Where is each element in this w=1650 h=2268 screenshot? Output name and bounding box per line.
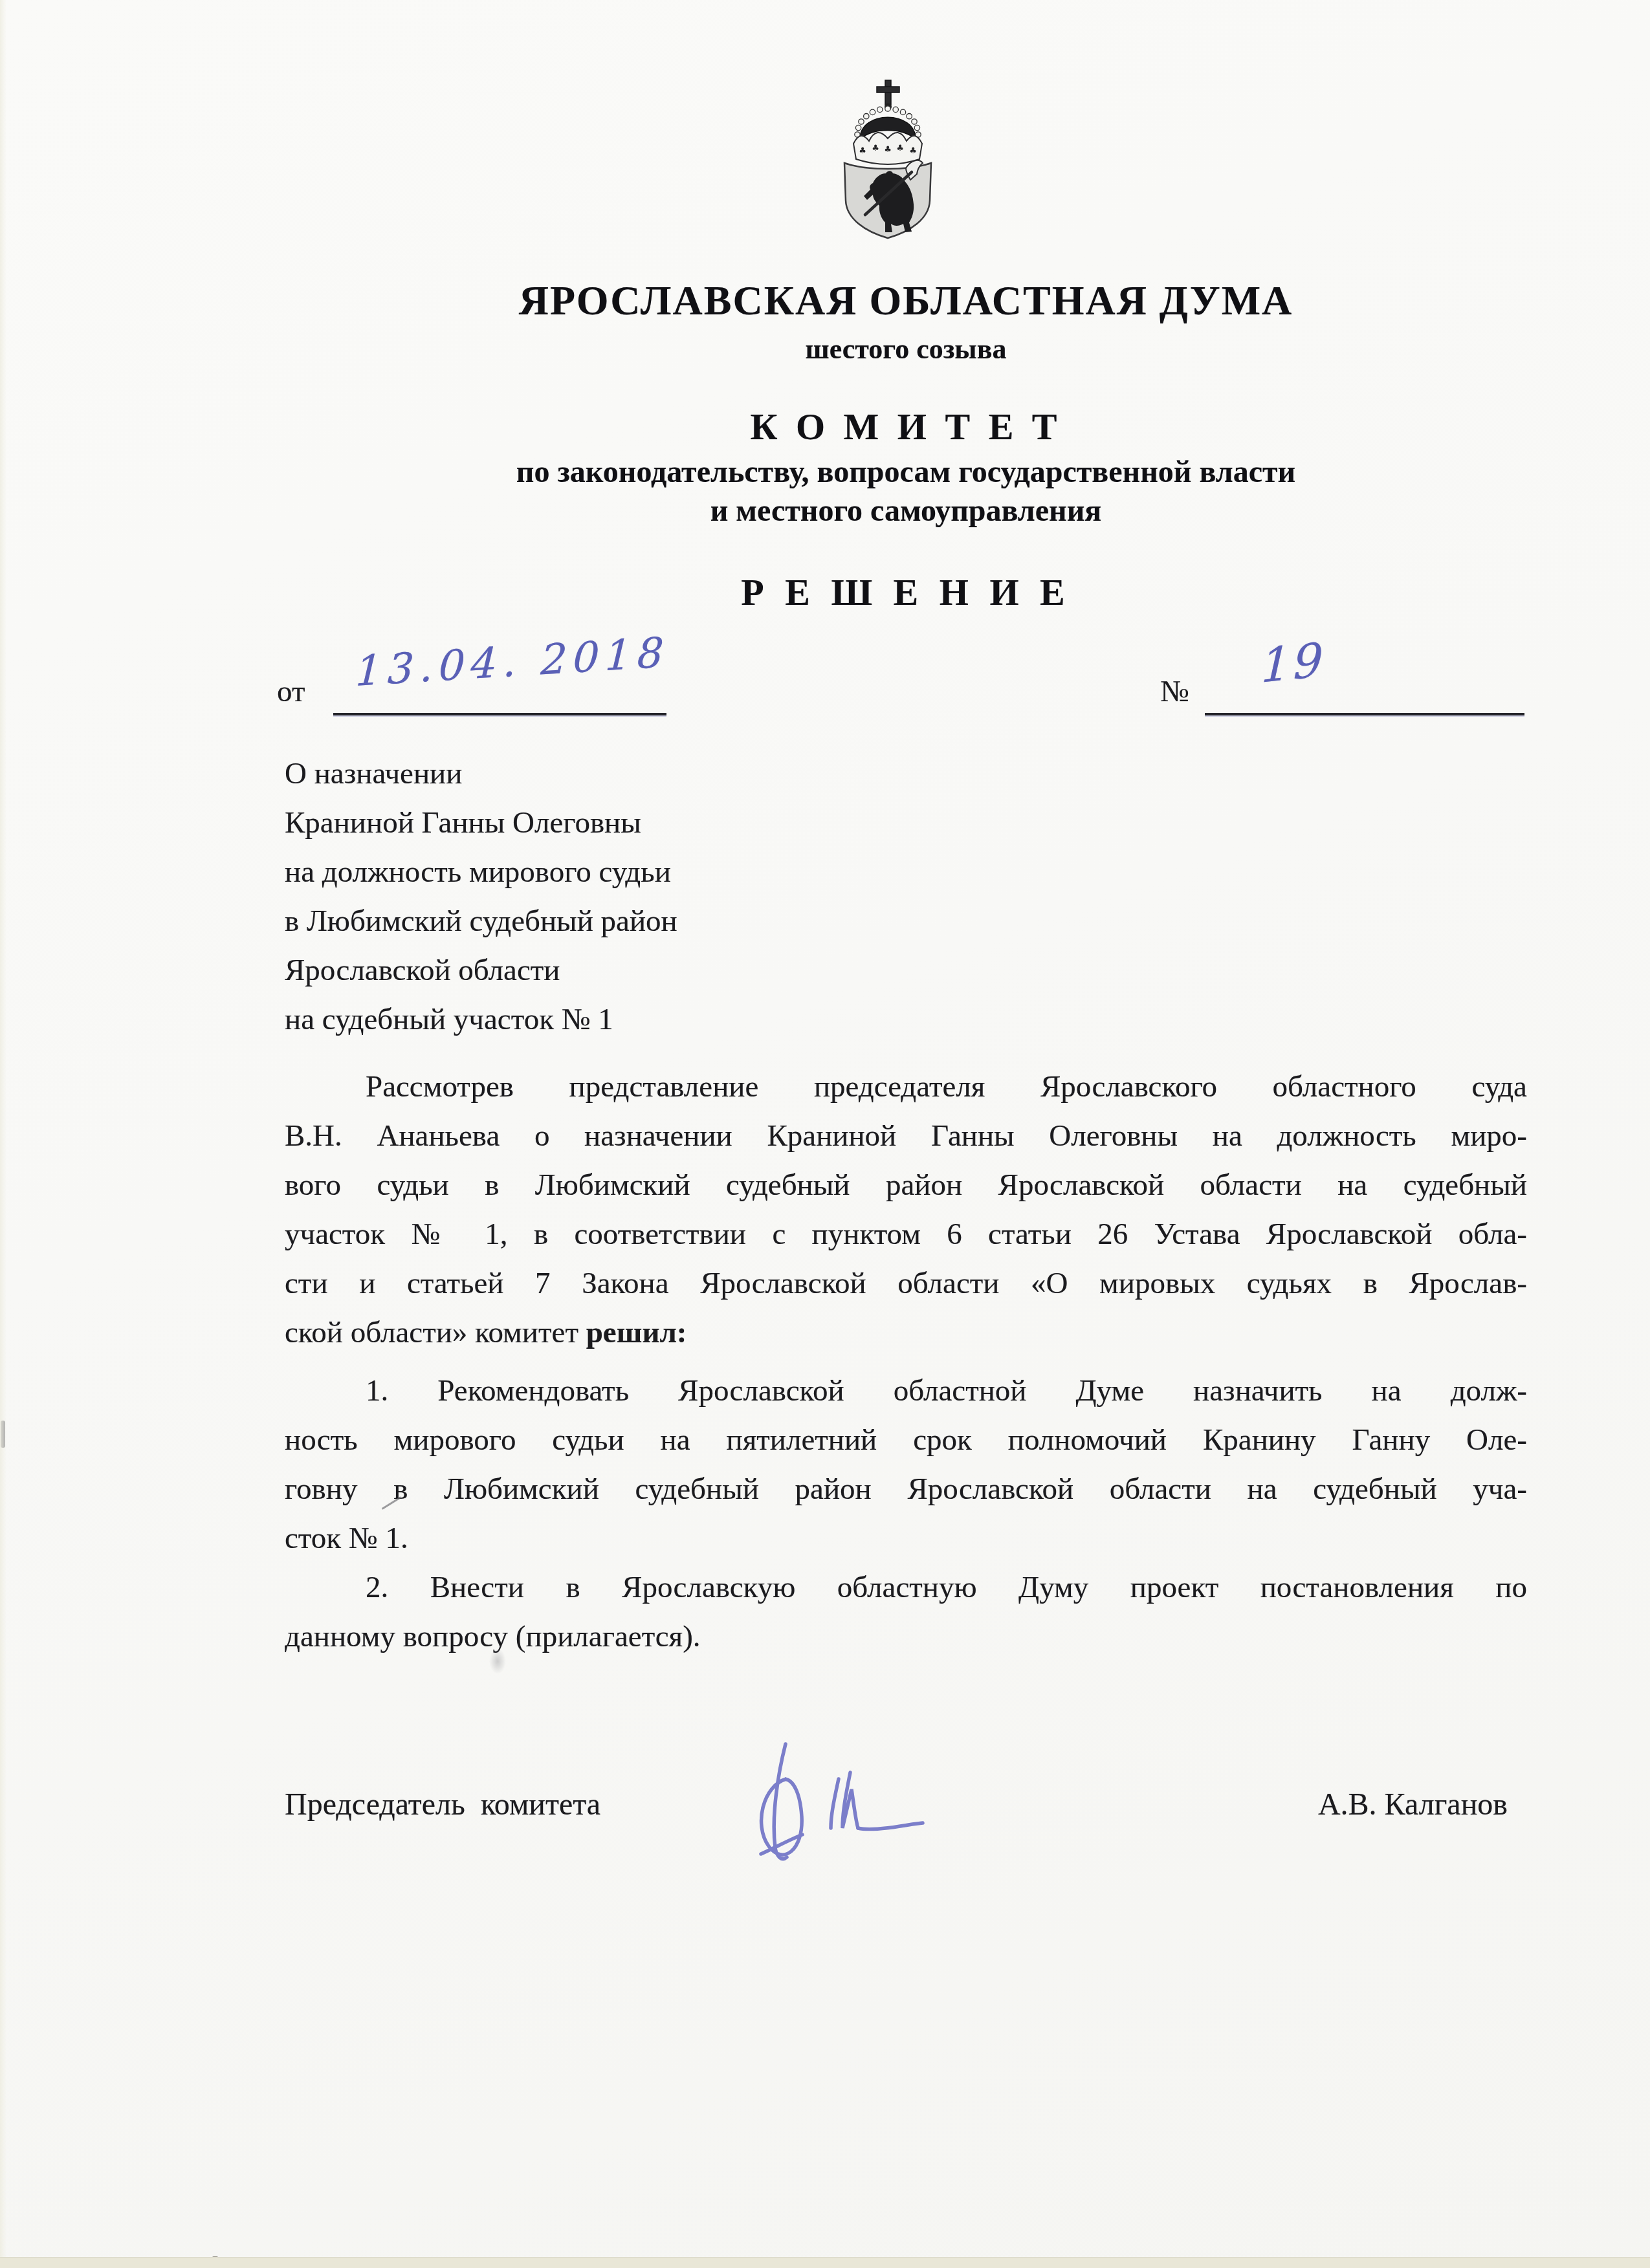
body-line: сток № 1. — [285, 1514, 1527, 1563]
body-line: говну в Любимский судебный район Ярослав… — [285, 1465, 1527, 1514]
body-line: 1. Рекомендовать Ярославской областной Д… — [285, 1366, 1527, 1415]
coat-of-arms-icon: ♣♣♣ ♣♣ — [839, 78, 936, 239]
body-line: 2. Внести в Ярославскую областную Думу п… — [285, 1563, 1527, 1612]
svg-text:♣: ♣ — [896, 144, 904, 153]
body-line: Рассмотрев представление председателя Яр… — [285, 1062, 1527, 1111]
paragraph-preamble: Рассмотрев представление председателя Яр… — [285, 1062, 1527, 1357]
document-type-title: Р Е Ш Е Н И Е — [285, 571, 1527, 614]
number-underline — [1205, 713, 1524, 715]
body-line-text: ской области» комитет — [285, 1316, 586, 1349]
bottom-speck-artifact — [212, 2256, 218, 2262]
body-line: ность мирового судьи на пятилетний срок … — [285, 1415, 1527, 1465]
resolved-keyword: решил: — [586, 1316, 687, 1349]
signer-position: Председатель комитета — [285, 1787, 600, 1822]
scan-edge-left — [0, 0, 6, 2268]
handwritten-number: 19 — [1260, 632, 1326, 693]
body-line: ской области» комитет решил: — [285, 1308, 1527, 1357]
subject-line: Ярославской области — [285, 946, 1527, 995]
edge-speck-artifact — [1, 1421, 5, 1448]
svg-text:♣: ♣ — [884, 145, 892, 155]
svg-text:♣: ♣ — [909, 146, 917, 156]
paragraph-item-2: 2. Внести в Ярославскую областную Думу п… — [285, 1563, 1527, 1661]
committee-title: К О М И Т Е Т — [285, 405, 1527, 448]
subject-line: в Любимский судебный район — [285, 897, 1527, 946]
svg-text:♣: ♣ — [859, 146, 866, 156]
committee-scope-line-1: по законодательству, вопросам государств… — [285, 454, 1527, 490]
date-label: от — [277, 674, 305, 709]
subject-line: Краниной Ганны Олеговны — [285, 798, 1527, 847]
subject-line: на судебный участок № 1 — [285, 995, 1527, 1044]
body-line: данному вопросу (прилагается). — [285, 1612, 1527, 1661]
signer-name: А.В. Калганов — [1318, 1787, 1527, 1822]
signature-ink — [723, 1739, 943, 1875]
body-line: В.Н. Ананьева о назначении Краниной Ганн… — [285, 1111, 1527, 1161]
number-label: № — [1160, 674, 1189, 709]
subject-block: О назначении Краниной Ганны Олеговны на … — [285, 749, 1527, 1044]
date-underline — [333, 713, 666, 715]
scan-edge-bottom — [0, 2257, 1650, 2268]
svg-text:♣: ♣ — [872, 144, 879, 153]
document-page: ♣♣♣ ♣♣ ЯРОСЛАВСКАЯ ОБЛАСТНАЯ ДУМА шестог… — [0, 0, 1650, 2268]
paragraph-item-1: 1. Рекомендовать Ярославской областной Д… — [285, 1366, 1527, 1563]
body-line: сти и статьей 7 Закона Ярославской облас… — [285, 1259, 1527, 1308]
convocation-line: шестого созыва — [285, 333, 1527, 365]
body-line: вого судьи в Любимский судебный район Яр… — [285, 1161, 1527, 1210]
organization-title: ЯРОСЛАВСКАЯ ОБЛАСТНАЯ ДУМА — [285, 277, 1527, 325]
subject-line: на должность мирового судьи — [285, 847, 1527, 897]
document-body: Рассмотрев представление председателя Яр… — [285, 1062, 1527, 1661]
body-line: участок № 1, в соответствии с пунктом 6 … — [285, 1210, 1527, 1259]
committee-scope-line-2: и местного самоуправления — [285, 493, 1527, 529]
subject-line: О назначении — [285, 749, 1527, 798]
handwritten-date: 13.04. 2018 — [355, 629, 670, 696]
